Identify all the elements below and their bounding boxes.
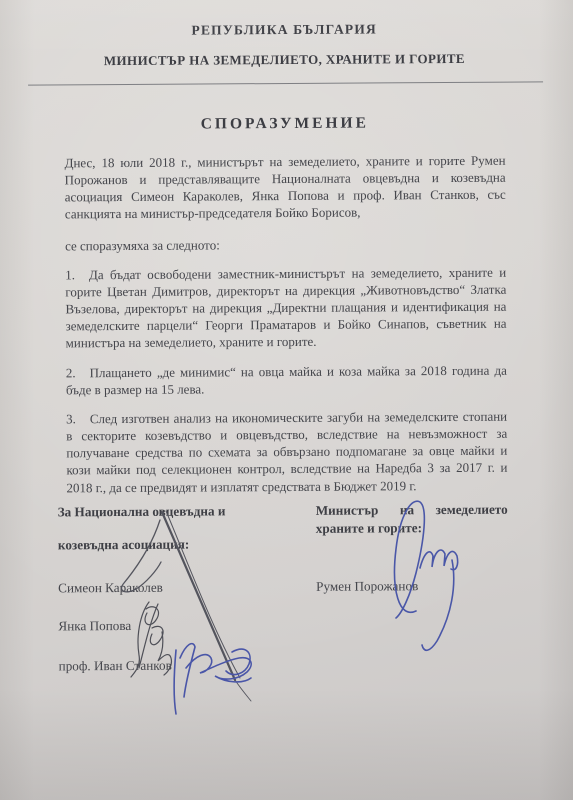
signature-block-association: За Национална овцевъдна и козевъдна асоц… [58,503,297,674]
document-content: РЕПУБЛИКА БЪЛГАРИЯ МИНИСТЪР НА ЗЕМЕДЕЛИЕ… [0,0,573,800]
clause-1-text: Да бъдат освободени заместник-министърът… [65,264,506,350]
minister-label-line2: храните и горите: [316,520,508,537]
letterhead-republic: РЕПУБЛИКА БЪЛГАРИЯ [0,20,571,39]
signatory-name-karakolev: Симеон Караколев [58,579,296,596]
clause-3-number: 3. [66,411,76,426]
letterhead: РЕПУБЛИКА БЪЛГАРИЯ МИНИСТЪР НА ЗЕМЕДЕЛИЕ… [0,0,571,86]
signatory-name-porozhanov: Румен Порожанов [316,578,508,595]
clause-2: 2.Плащането „де минимис“ на овца майка и… [66,361,507,398]
lead-paragraph: се споразумяха за следното: [65,234,506,254]
intro-paragraph: Днес, 18 юли 2018 г., министърът на земе… [64,152,505,223]
document-title: СПОРАЗУМЕНИЕ [0,113,571,134]
minister-label-line1: Министър на земеделието [316,502,508,519]
letterhead-divider [28,81,543,85]
letterhead-ministry: МИНИСТЪР НА ЗЕМЕДЕЛИЕТО, ХРАНИТЕ И ГОРИТ… [0,50,571,69]
clause-3: 3.След изготвен анализ на икономическите… [66,408,508,496]
clause-1: 1.Да бъдат освободени заместник-министър… [65,263,507,351]
clause-2-number: 2. [66,365,76,380]
clause-2-text: Плащането „де минимис“ на овца майка и к… [66,362,507,397]
document-page: РЕПУБЛИКА БЪЛГАРИЯ МИНИСТЪР НА ЗЕМЕДЕЛИЕ… [0,0,573,800]
clause-1-number: 1. [65,267,75,282]
association-label-line1: За Национална овцевъдна и [58,503,296,520]
signature-section: За Национална овцевъдна и козевъдна асоц… [58,501,535,674]
association-label-line2: козевъдна асоциация: [58,536,296,553]
clause-3-text: След изготвен анализ на икономическите з… [66,409,507,495]
signatory-name-popova: Янка Попова [58,617,296,634]
signature-block-minister: Министър на земеделието храните и горите… [316,502,509,673]
signatory-name-stankov: проф. Иван Станков [59,657,297,674]
